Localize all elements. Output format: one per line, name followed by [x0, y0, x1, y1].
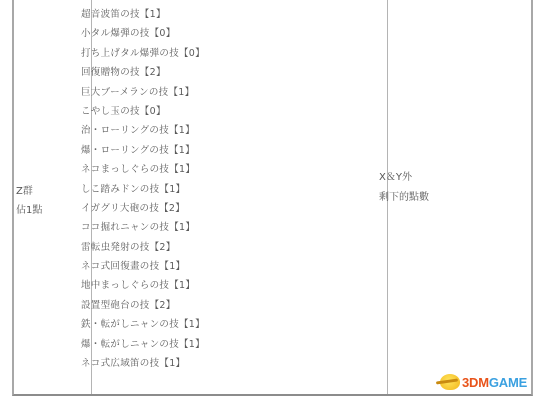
mascot-icon [436, 372, 462, 392]
skill-item: ココ掘れニャンの技【1】 [81, 218, 205, 237]
page: Z群 佔1點 超音波笛の技【1】 小タル爆弾の技【0】 打ち上げタル爆弾の技【0… [0, 0, 541, 400]
skill-item: ネコ式広域笛の技【1】 [81, 354, 205, 373]
skill-list: 超音波笛の技【1】 小タル爆弾の技【0】 打ち上げタル爆弾の技【0】 回復贈物の… [81, 5, 205, 373]
skill-item: 打ち上げタル爆弾の技【0】 [81, 44, 205, 63]
skill-item: ネコ式回復畫の技【1】 [81, 257, 205, 276]
group-points: 佔1點 [16, 201, 42, 220]
skill-item: 治・ローリングの技【1】 [81, 121, 205, 140]
group-cell: Z群 佔1點 [16, 182, 42, 220]
skill-item: 爆・ローリングの技【1】 [81, 141, 205, 160]
skill-item: 鉄・転がしニャンの技【1】 [81, 315, 205, 334]
note-cell: X＆Y外 剩下的點數 [379, 168, 429, 208]
skill-item: しこ踏みドンの技【1】 [81, 180, 205, 199]
skill-item: イガグリ大砲の技【2】 [81, 199, 205, 218]
skill-item: 地中まっしぐらの技【1】 [81, 276, 205, 295]
skill-item: 巨大ブーメランの技【1】 [81, 83, 205, 102]
note-line-2: 剩下的點數 [379, 188, 429, 208]
note-line-1: X＆Y外 [379, 168, 429, 188]
group-label: Z群 [16, 182, 42, 201]
skill-item: ネコまっしぐらの技【1】 [81, 160, 205, 179]
skill-item: 超音波笛の技【1】 [81, 5, 205, 24]
watermark-logo: 3DMGAME [436, 372, 527, 392]
skill-item: 回復贈物の技【2】 [81, 63, 205, 82]
skill-item: 小タル爆弾の技【0】 [81, 24, 205, 43]
skill-item: 設置型砲台の技【2】 [81, 296, 205, 315]
skill-item: こやし玉の技【0】 [81, 102, 205, 121]
skill-item: 雷転虫発射の技【2】 [81, 238, 205, 257]
watermark-text: 3DMGAME [462, 375, 527, 390]
skill-item: 爆・転がしニャンの技【1】 [81, 335, 205, 354]
